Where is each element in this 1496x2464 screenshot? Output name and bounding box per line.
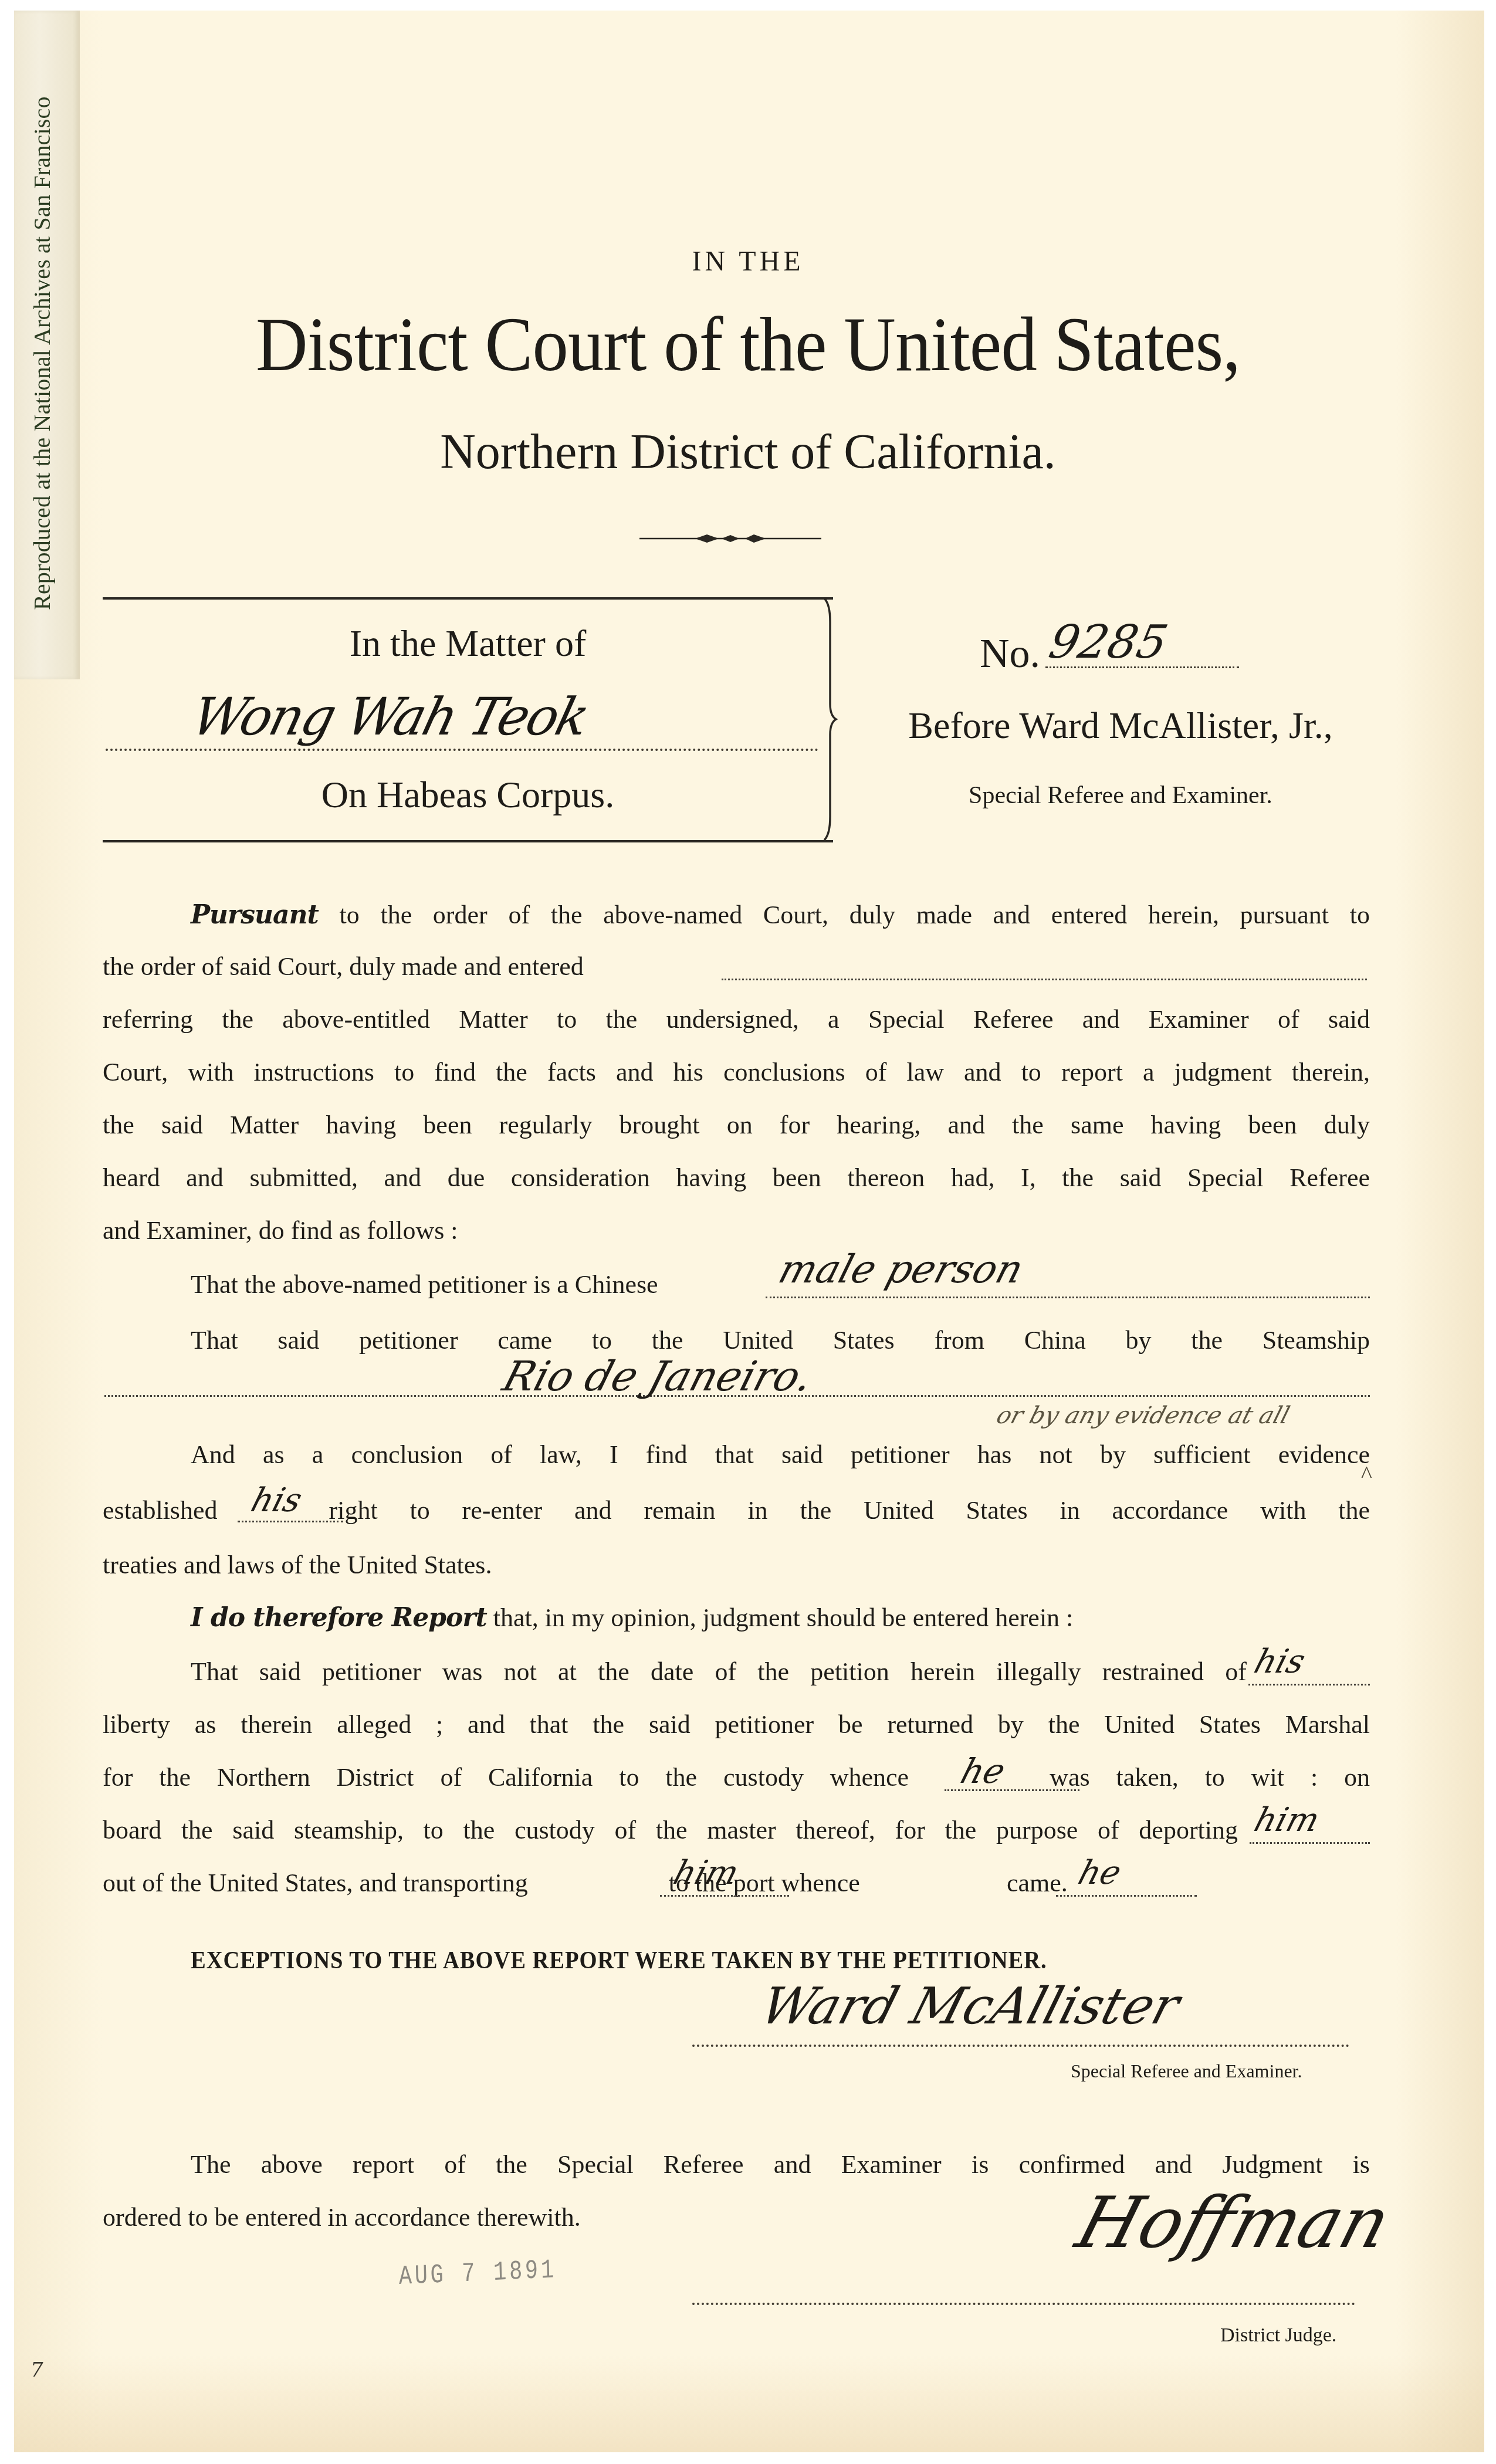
order-date-fill-line (722, 979, 1367, 980)
report-line-text: that, in my opinion, judgment should be … (493, 1603, 1074, 1632)
habeas-corpus-label: On Habeas Corpus. (103, 773, 833, 817)
pronoun-fill-line-2 (1248, 1684, 1370, 1685)
pronoun-fill-line-4 (1250, 1842, 1370, 1844)
referee-signature: Ward McAllister (754, 1977, 1186, 2036)
body-line-6: heard and submitted, and due considerati… (103, 1160, 1370, 1196)
judgment-line-5: out of the United States, and transporti… (103, 1866, 1068, 1901)
judgment-line-4: board the said steamship, to the custody… (103, 1813, 1238, 1848)
finding-chinese-handwritten: male person (774, 1247, 1028, 1292)
judgment-line-2: liberty as therein alleged ; and that th… (103, 1707, 1370, 1742)
matter-label: In the Matter of (103, 622, 833, 665)
pronoun-fill-line-1 (238, 1521, 343, 1522)
district-subtitle: Northern District of California. (0, 424, 1496, 480)
pronoun-handwritten-5: him (669, 1854, 743, 1892)
court-title: District Court of the United States, (52, 299, 1444, 389)
pronoun-handwritten-4: him (1250, 1801, 1324, 1839)
body-line-5: the said Matter having been regularly br… (103, 1108, 1370, 1143)
before-referee-name: Before Ward McAllister, Jr., (833, 704, 1408, 747)
finding-chinese-fill-line (766, 1297, 1370, 1298)
conclusion-line-2-pre: established (103, 1496, 218, 1525)
margin-mark: 7 (31, 2358, 43, 2382)
referee-title: Special Referee and Examiner. (833, 781, 1408, 810)
body-line-3: referring the above-entitled Matter to t… (103, 1002, 1370, 1037)
judgment-line-3-post: was taken, to wit : on (1050, 1763, 1370, 1792)
report-line: I do therefore Report that, in my opinio… (191, 1600, 1370, 1636)
judge-signature-label: District Judge. (1220, 2324, 1336, 2347)
archive-label: Reproduced at the National Archives at S… (28, 96, 56, 610)
judgment-line-3: for the Northern District of California … (103, 1760, 1370, 1795)
body-line-4: Court, with instructions to find the fac… (103, 1055, 1370, 1090)
judge-signature-line (692, 2303, 1355, 2305)
pronoun-fill-line-6 (1056, 1895, 1197, 1897)
exceptions-notice: EXCEPTIONS TO THE ABOVE REPORT WERE TAKE… (191, 1947, 1047, 1975)
case-number-handwritten: 9285 (1044, 616, 1172, 669)
case-number-label: No. (980, 631, 1040, 678)
judge-signature: Hoffman (1068, 2182, 1399, 2264)
report-blackletter: I do therefore Report (191, 1603, 487, 1633)
petitioner-name-handwritten: Wong Wah Teok (186, 686, 594, 747)
header-in-the: IN THE (0, 245, 1496, 277)
confirmation-line-1: The above report of the Special Referee … (191, 2147, 1370, 2182)
conclusion-line-2-post: right to re-enter and remain in the Unit… (329, 1496, 1370, 1525)
conclusion-line-1: And as a conclusion of law, I find that … (191, 1437, 1370, 1473)
judgment-line-3-pre: for the Northern District of California … (103, 1763, 909, 1792)
petitioner-name-line (106, 749, 818, 751)
conclusion-line-3: treaties and laws of the United States. (103, 1548, 1370, 1583)
case-number-line (1045, 666, 1239, 668)
referee-signature-line (692, 2045, 1349, 2047)
conclusion-insert-handwritten: or by any evidence at all (993, 1402, 1292, 1429)
body-line-7: and Examiner, do find as follows : (103, 1213, 1370, 1248)
judgment-line-5-post: came. (1007, 1869, 1068, 1897)
judgment-line-5-pre: out of the United States, and transporti… (103, 1869, 528, 1897)
ornament-divider-icon (639, 533, 821, 544)
steamship-name-handwritten: Rio de Janeiro. (497, 1352, 818, 1400)
referee-signature-label: Special Referee and Examiner. (1071, 2060, 1302, 2082)
body-line-1-text: to the order of the above-named Court, d… (340, 901, 1370, 929)
body-line-1: Pursuant to the order of the above-named… (191, 898, 1370, 933)
caption-bottom-rule (103, 840, 833, 842)
caret-insert-icon: ^ (1361, 1461, 1372, 1488)
caption-top-rule (103, 597, 833, 600)
judgment-line-1: That said petitioner was not at the date… (191, 1654, 1247, 1690)
pursuant-blackletter: Pursuant (191, 900, 319, 930)
pronoun-fill-line-5 (660, 1895, 789, 1897)
